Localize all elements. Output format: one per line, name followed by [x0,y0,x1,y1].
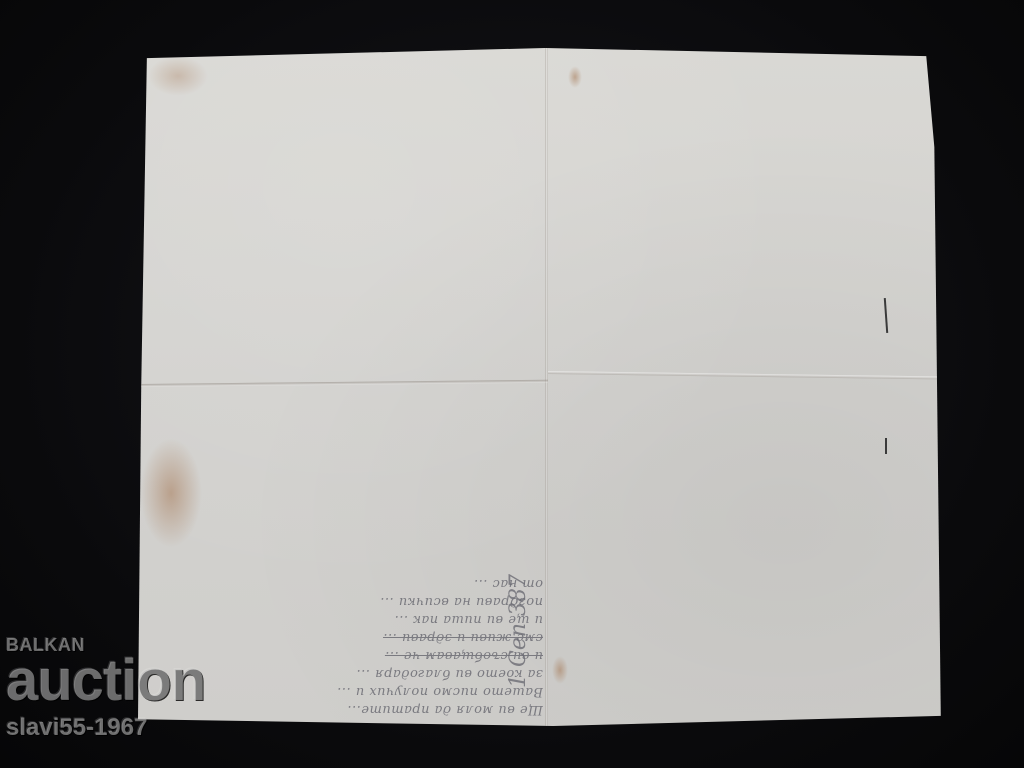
stain [148,56,208,96]
ink-mark [884,298,888,333]
watermark-user: slavi55-1967 [6,716,205,740]
handwriting-line: от нас ... [178,574,543,592]
watermark-title: auction [6,652,205,710]
handwriting-line: поздрави на всички ... [178,592,543,610]
watermark: BALKAN auction slavi55-1967 [6,636,205,740]
horizontal-fold-crease-left [138,380,548,387]
document-paper: Ще ви моля да пратите... Вашето писмо по… [138,48,944,726]
handwriting-line: и ще ви пиша пак ... [178,610,543,628]
handwriting-line: Вашето писмо получих и ... [178,682,543,700]
horizontal-fold-crease-right [548,371,944,380]
handwriting-line: и ви съобщавам че ... [178,646,543,664]
margin-date-note: 1 Сеп 387 [506,428,546,688]
handwriting-line: за което ви благодаря ... [178,664,543,682]
handwriting-line: Ще ви моля да пратите... [178,700,543,718]
stain [568,66,582,88]
handwritten-text: Ще ви моля да пратите... Вашето писмо по… [178,408,543,718]
handwriting-line: сме живи и здрави ... [178,628,543,646]
stain [552,656,568,684]
ink-mark [885,438,887,454]
